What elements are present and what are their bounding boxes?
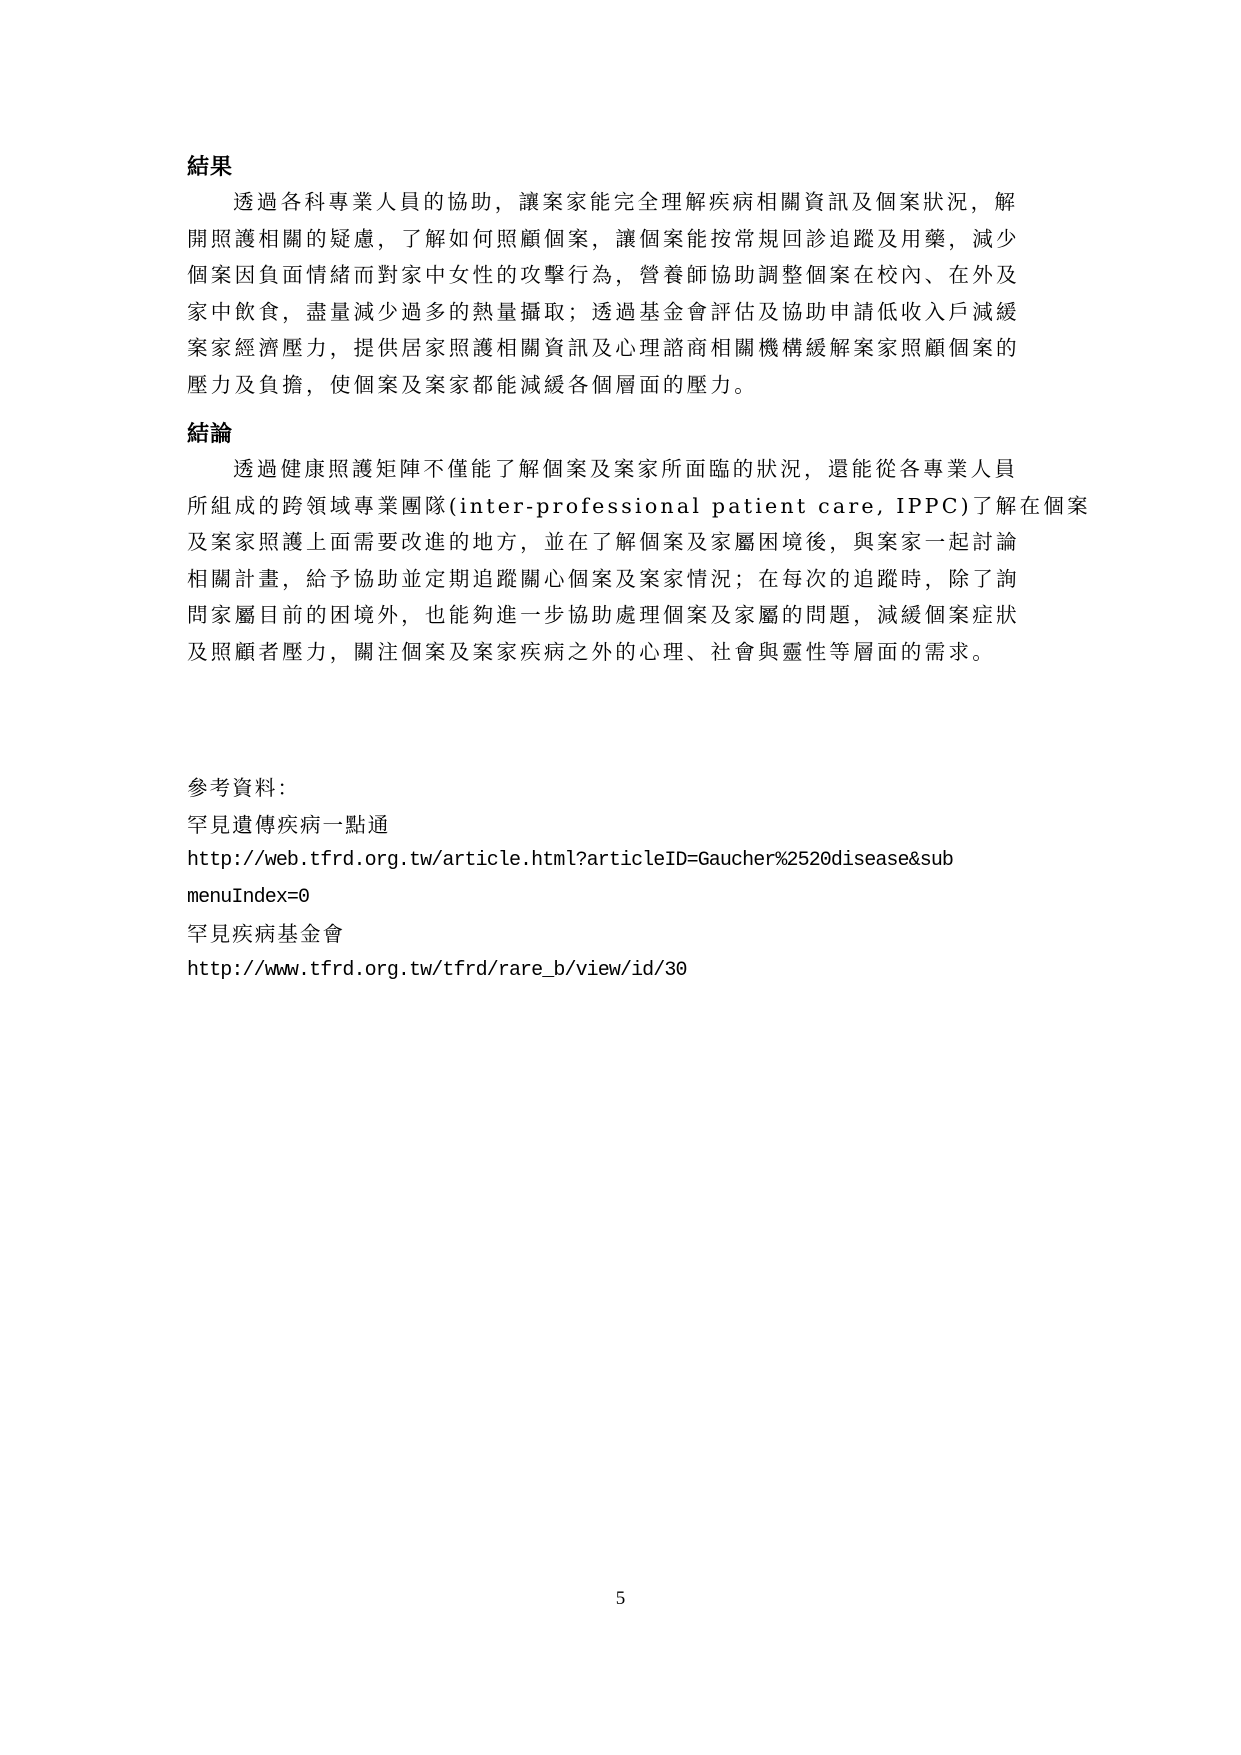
paragraph-line: 問家屬目前的困境外，也能夠進一步協助處理個案及家屬的問題，減緩個案症狀 [187, 597, 1047, 634]
paragraph-line: 案家經濟壓力，提供居家照護相關資訊及心理諮商相關機構緩解案家照顧個案的 [187, 330, 1047, 367]
paragraph-line: 及案家照護上面需要改進的地方，並在了解個案及家屬困境後，與案家一起討論 [187, 524, 1047, 561]
paragraph-line: 壓力及負擔，使個案及案家都能減緩各個層面的壓力。 [187, 367, 1047, 404]
references: 參考資料： 罕見遺傳疾病一點通 http://web.tfrd.org.tw/a… [187, 770, 1067, 989]
reference-url-continued[interactable]: menuIndex=0 [187, 880, 1067, 917]
reference-url[interactable]: http://www.tfrd.org.tw/tfrd/rare_b/view/… [187, 953, 1067, 990]
paragraph-line: 透過健康照護矩陣不僅能了解個案及案家所面臨的狀況，還能從各專業人員 [187, 451, 1047, 488]
references-label: 參考資料： [187, 770, 1067, 807]
paragraph-line: 透過各科專業人員的協助，讓案家能完全理解疾病相關資訊及個案狀況，解 [187, 184, 1047, 221]
paragraph-line: 所組成的跨領域專業團隊(inter-professional patient c… [187, 488, 1047, 525]
page-number: 5 [0, 1588, 1241, 1610]
section-heading: 結果 [187, 150, 1047, 184]
section-conclusion: 結論 透過健康照護矩陣不僅能了解個案及案家所面臨的狀況，還能從各專業人員 所組成… [187, 417, 1047, 670]
reference-url[interactable]: http://web.tfrd.org.tw/article.html?arti… [187, 843, 1067, 880]
section-heading: 結論 [187, 417, 1047, 451]
paragraph-line: 相關計畫，給予協助並定期追蹤關心個案及案家情況；在每次的追蹤時，除了詢 [187, 561, 1047, 598]
paragraph-line: 個案因負面情緒而對家中女性的攻擊行為，營養師協助調整個案在校內、在外及 [187, 257, 1047, 294]
reference-title: 罕見遺傳疾病一點通 [187, 807, 1067, 844]
reference-title: 罕見疾病基金會 [187, 916, 1067, 953]
document-body: 結果 透過各科專業人員的協助，讓案家能完全理解疾病相關資訊及個案狀況，解 開照護… [187, 150, 1047, 670]
paragraph-line: 及照顧者壓力，關注個案及案家疾病之外的心理、社會與靈性等層面的需求。 [187, 634, 1047, 671]
section-results: 結果 透過各科專業人員的協助，讓案家能完全理解疾病相關資訊及個案狀況，解 開照護… [187, 150, 1047, 403]
paragraph-line: 家中飲食，盡量減少過多的熱量攝取；透過基金會評估及協助申請低收入戶減緩 [187, 294, 1047, 331]
paragraph-line: 開照護相關的疑慮，了解如何照顧個案，讓個案能按常規回診追蹤及用藥，減少 [187, 221, 1047, 258]
